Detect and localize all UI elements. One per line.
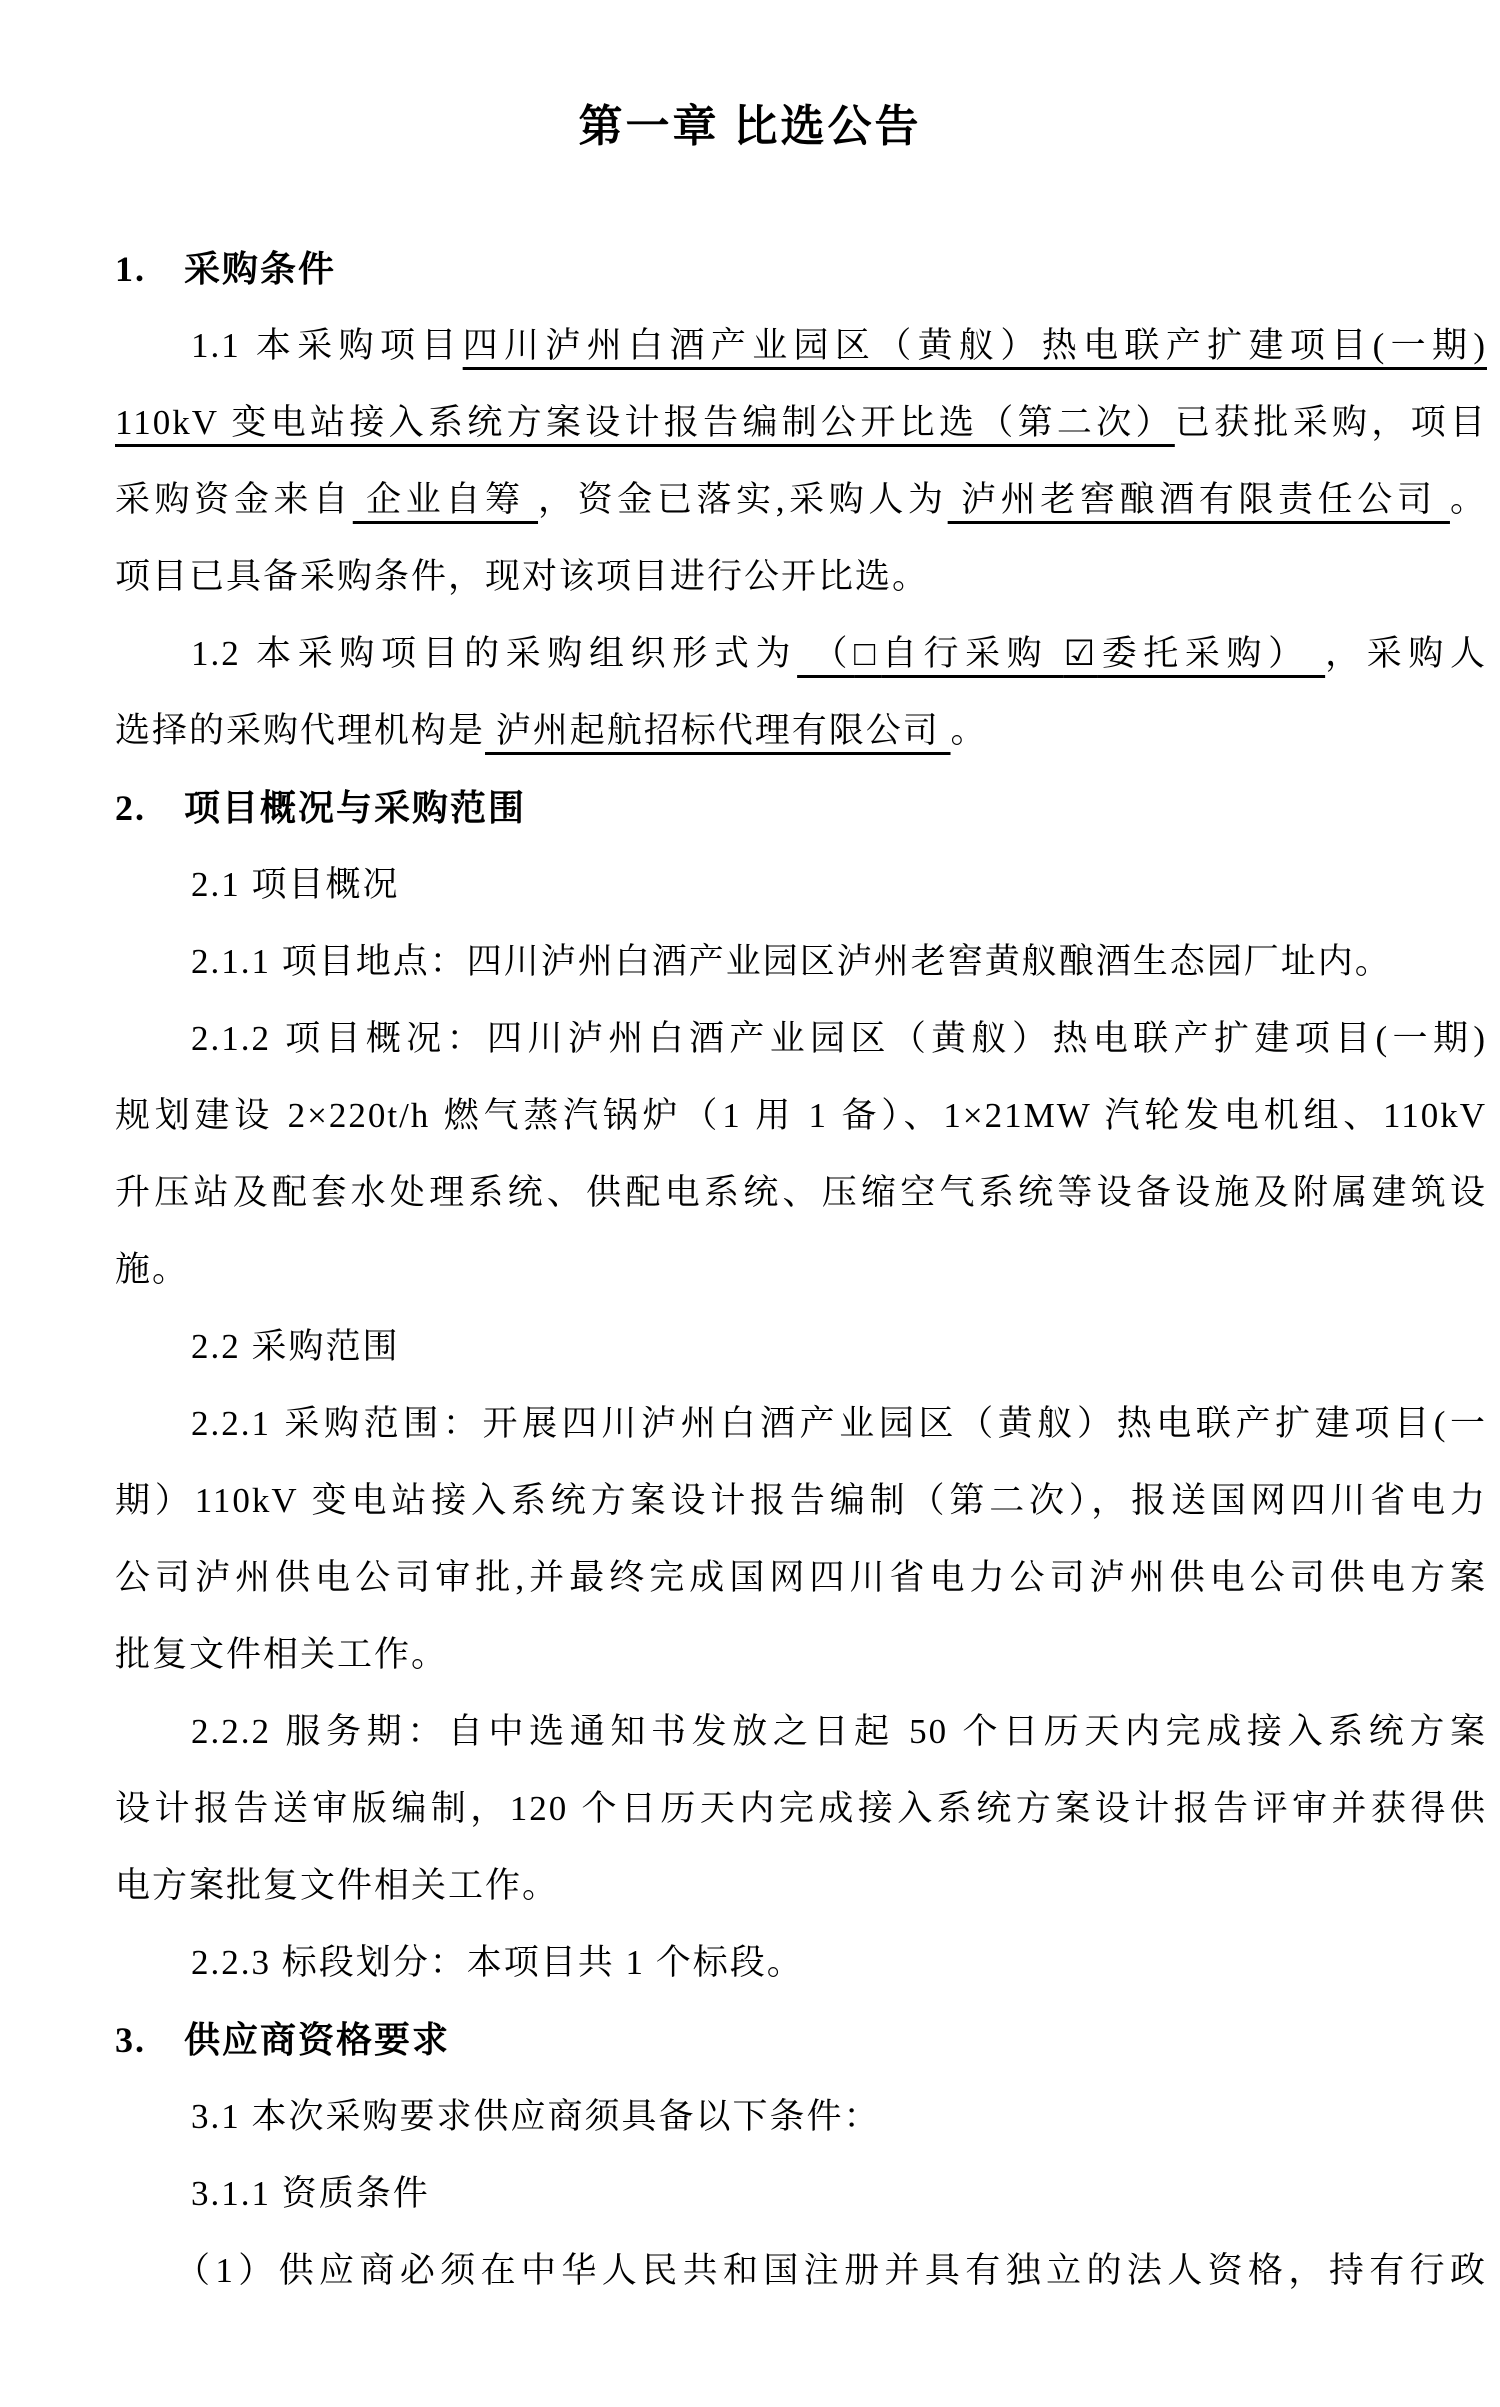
- text-run: ，资金已落实,采购人为: [538, 480, 948, 519]
- paragraph-line: 110kV 变电站接入系统方案设计报告编制公开比选（第二次）已获批采购，项目: [115, 400, 1487, 446]
- heading-section-3: 3. 供应商资格要求: [115, 2017, 1487, 2063]
- heading-subsection-3-1-1: 3.1.1 资质条件: [115, 2171, 1487, 2217]
- text-run: 批复文件相关工作。: [115, 1635, 448, 1674]
- heading-section-1: 1. 采购条件: [115, 246, 1487, 292]
- checkbox-unchecked-icon: □: [854, 634, 882, 673]
- underlined-field: （: [797, 634, 854, 673]
- text-run: 公司泸州供电公司审批,并最终完成国网四川省电力公司泸州供电公司供电方案: [115, 1558, 1487, 1597]
- text-run: 2. 项目概况与采购范围: [115, 788, 526, 828]
- text-run: 2.2.2 服务期：自中选通知书发放之日起 50 个日历天内完成接入系统方案: [191, 1712, 1487, 1751]
- text-run: 电方案批复文件相关工作。: [115, 1866, 559, 1905]
- underlined-field: 企业自筹: [353, 480, 538, 519]
- text-run: 。: [1450, 480, 1487, 519]
- paragraph-line: 2.1.2 项目概况：四川泸州白酒产业园区（黄舣）热电联产扩建项目(一期): [115, 1016, 1487, 1062]
- paragraph-line: 2.2.1 采购范围：开展四川泸州白酒产业园区（黄舣）热电联产扩建项目(一: [115, 1401, 1487, 1447]
- paragraph-line: 规划建设 2×220t/h 燃气蒸汽锅炉（1 用 1 备）、1×21MW 汽轮发…: [115, 1093, 1487, 1139]
- paragraph-line: 2.1.1 项目地点：四川泸州白酒产业园区泸州老窖黄舣酿酒生态园厂址内。: [115, 939, 1487, 985]
- paragraph-line: 1.1 本采购项目四川泸州白酒产业园区（黄舣）热电联产扩建项目(一期): [115, 323, 1487, 369]
- paragraph-line: 批复文件相关工作。: [115, 1632, 1487, 1678]
- paragraph-line: 项目已具备采购条件，现对该项目进行公开比选。: [115, 554, 1487, 600]
- underlined-field: 泸州老窖酿酒有限责任公司: [948, 480, 1450, 519]
- text-run: 2.1.1 项目地点：四川泸州白酒产业园区泸州老窖黄舣酿酒生态园厂址内。: [191, 942, 1392, 981]
- heading-subsection-2-1: 2.1 项目概况: [115, 862, 1487, 908]
- paragraph-line: 期）110kV 变电站接入系统方案设计报告编制（第二次），报送国网四川省电力: [115, 1478, 1487, 1524]
- paragraph-line: 设计报告送审版编制，120 个日历天内完成接入系统方案设计报告评审并获得供: [115, 1786, 1487, 1832]
- paragraph-line: 1.2 本采购项目的采购组织形式为 （□自行采购 ☑委托采购） ，采购人: [115, 631, 1487, 677]
- text-run: 1. 采购条件: [115, 249, 336, 289]
- document-page: 第一章 比选公告 1. 采购条件1.1 本采购项目四川泸州白酒产业园区（黄舣）热…: [0, 0, 1500, 2407]
- text-run: 2.2 采购范围: [191, 1327, 400, 1366]
- text-run: 规划建设 2×220t/h 燃气蒸汽锅炉（1 用 1 备）、1×21MW 汽轮发…: [115, 1096, 1487, 1135]
- underlined-field: 泸州起航招标代理有限公司: [485, 711, 951, 750]
- underlined-field: 委托采购）: [1097, 634, 1325, 673]
- text-run: 1.2 本采购项目的采购组织形式为: [191, 634, 797, 673]
- text-run: 3.1 本次采购要求供应商须具备以下条件：: [191, 2097, 881, 2136]
- text-run: 2.2.3 标段划分：本项目共 1 个标段。: [191, 1943, 804, 1982]
- paragraph-line: （1）供应商必须在中华人民共和国注册并具有独立的法人资格，持有行政: [115, 2248, 1487, 2294]
- paragraph-line: 施。: [115, 1247, 1487, 1293]
- checkbox-checked-icon: ☑: [1064, 634, 1097, 673]
- text-run: 期）110kV 变电站接入系统方案设计报告编制（第二次），报送国网四川省电力: [115, 1481, 1487, 1520]
- document-title: 第一章 比选公告: [0, 99, 1500, 155]
- underlined-field: 110kV 变电站接入系统方案设计报告编制公开比选（第二次）: [115, 403, 1175, 442]
- paragraph-line: 公司泸州供电公司审批,并最终完成国网四川省电力公司泸州供电公司供电方案: [115, 1555, 1487, 1601]
- text-run: 2.1 项目概况: [191, 865, 400, 904]
- text-run: 项目已具备采购条件，现对该项目进行公开比选。: [115, 557, 929, 596]
- underlined-field: 自行采购: [882, 634, 1064, 673]
- heading-section-2: 2. 项目概况与采购范围: [115, 785, 1487, 831]
- heading-subsection-2-2: 2.2 采购范围: [115, 1324, 1487, 1370]
- text-run: （1）供应商必须在中华人民共和国注册并具有独立的法人资格，持有行政: [175, 2251, 1487, 2290]
- text-run: 已获批采购，项目: [1175, 403, 1487, 442]
- text-run: 施。: [115, 1250, 189, 1289]
- paragraph-line: 2.2.2 服务期：自中选通知书发放之日起 50 个日历天内完成接入系统方案: [115, 1709, 1487, 1755]
- text-run: 设计报告送审版编制，120 个日历天内完成接入系统方案设计报告评审并获得供: [115, 1789, 1487, 1828]
- text-run: 2.1.2 项目概况：四川泸州白酒产业园区（黄舣）热电联产扩建项目(一期): [191, 1019, 1487, 1058]
- paragraph-line: 采购资金来自 企业自筹 ，资金已落实,采购人为 泸州老窖酿酒有限责任公司 。: [115, 477, 1487, 523]
- paragraph-line: 电方案批复文件相关工作。: [115, 1863, 1487, 1909]
- text-run: ，采购人: [1325, 634, 1487, 673]
- paragraph-line: 2.2.3 标段划分：本项目共 1 个标段。: [115, 1940, 1487, 1986]
- text-run: 1.1 本采购项目: [191, 326, 463, 365]
- paragraph-line: 选择的采购代理机构是 泸州起航招标代理有限公司 。: [115, 708, 1487, 754]
- heading-subsection-3-1: 3.1 本次采购要求供应商须具备以下条件：: [115, 2094, 1487, 2140]
- text-run: 选择的采购代理机构是: [115, 711, 485, 750]
- paragraph-line: 升压站及配套水处理系统、供配电系统、压缩空气系统等设备设施及附属建筑设: [115, 1170, 1487, 1216]
- underlined-field: 四川泸州白酒产业园区（黄舣）热电联产扩建项目(一期): [463, 326, 1487, 365]
- text-run: 升压站及配套水处理系统、供配电系统、压缩空气系统等设备设施及附属建筑设: [115, 1173, 1487, 1212]
- text-run: 3.1.1 资质条件: [191, 2174, 430, 2213]
- text-run: 采购资金来自: [115, 480, 353, 519]
- text-run: 3. 供应商资格要求: [115, 2020, 450, 2060]
- text-run: 2.2.1 采购范围：开展四川泸州白酒产业园区（黄舣）热电联产扩建项目(一: [191, 1404, 1487, 1443]
- text-run: 。: [951, 711, 988, 750]
